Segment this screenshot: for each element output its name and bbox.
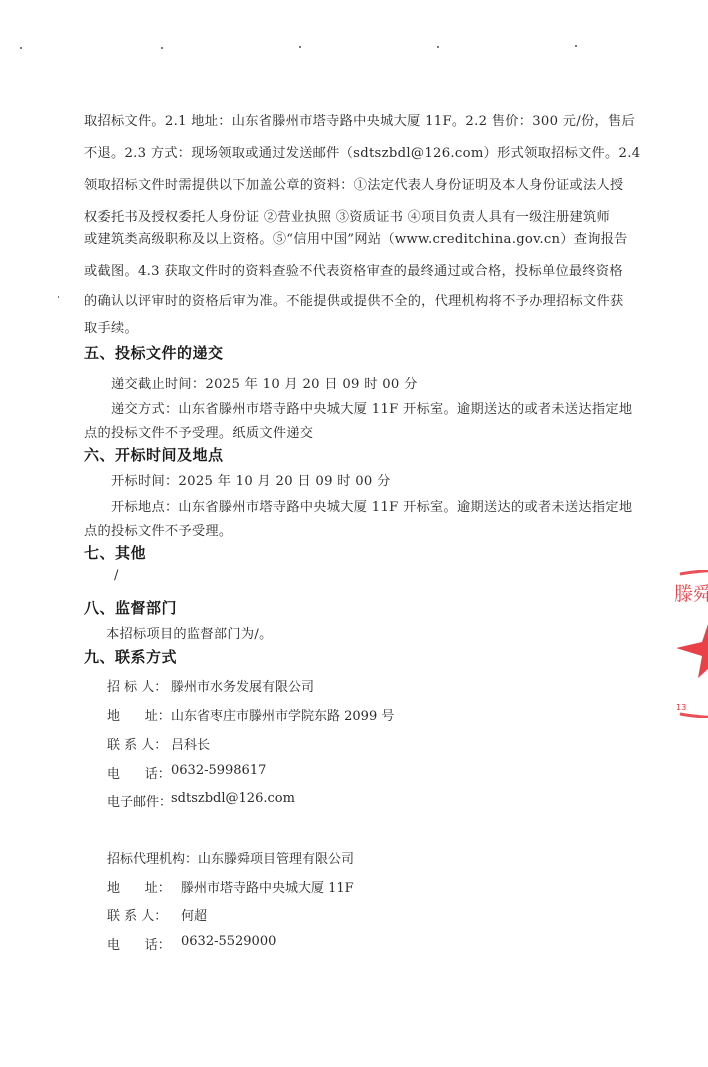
contact-label: 招 标 人： bbox=[107, 676, 171, 695]
contact-value: 滕州市水务发展有限公司 bbox=[171, 676, 314, 695]
contact-row-agency-contact: 联 系 人： 何超 bbox=[107, 905, 207, 924]
paragraph-line: 领取招标文件时需提供以下加盖公章的资料：①法定代表人身份证明及本人身份证或法人授 bbox=[84, 174, 624, 193]
submission-method-line: 递交方式：山东省滕州市塔寺路中央城大厦 11F 开标室。逾期送达的或者未送达指定… bbox=[111, 398, 632, 417]
contact-row-phone: 电 话： 0632-5998617 bbox=[107, 763, 266, 782]
contact-row-address: 地 址： 山东省枣庄市滕州市学院东路 2099 号 bbox=[107, 705, 394, 724]
paragraph-line: 不退。2.3 方式：现场领取或通过发送邮件（sdtszbdl@126.com）形… bbox=[84, 142, 640, 161]
contact-value: 滕州市塔寺路中央城大厦 11F bbox=[181, 877, 354, 896]
contact-value: 山东滕舜项目管理有限公司 bbox=[198, 848, 354, 867]
section-heading-supervision: 八、监督部门 bbox=[84, 597, 177, 618]
submission-deadline: 递交截止时间：2025 年 10 月 20 日 09 时 00 分 bbox=[111, 373, 418, 392]
contact-label: 电 话： bbox=[107, 763, 171, 782]
contact-value: 0632-5998617 bbox=[171, 763, 266, 782]
paragraph-line: 或建筑类高级职称及以上资格。⑤“信用中国”网站（www.creditchina.… bbox=[84, 228, 628, 247]
contact-value: 0632-5529000 bbox=[181, 934, 276, 953]
contact-row-agency-phone: 电 话： 0632-5529000 bbox=[107, 934, 276, 953]
contact-row-contact-person: 联 系 人： 吕科长 bbox=[107, 734, 210, 753]
submission-method-line: 点的投标文件不予受理。纸质文件递交 bbox=[84, 422, 313, 441]
document-page: 取招标文件。2.1 地址：山东省滕州市塔寺路中央城大厦 11F。2.2 售价：3… bbox=[0, 0, 708, 1067]
contact-label: 联 系 人： bbox=[107, 734, 171, 753]
seal-number: 13 bbox=[676, 703, 686, 712]
section-heading-contact: 九、联系方式 bbox=[84, 646, 177, 667]
contact-label: 地 址： bbox=[107, 705, 171, 724]
contact-label: 电子邮件： bbox=[107, 791, 171, 810]
contact-label: 地 址： bbox=[107, 877, 181, 896]
paragraph-line: 或截图。4.3 获取文件时的资料查验不代表资格审查的最终通过或合格，投标单位最终… bbox=[84, 260, 623, 279]
section-heading-submission: 五、投标文件的递交 bbox=[84, 342, 224, 363]
other-content: / bbox=[114, 568, 119, 583]
contact-value: 山东省枣庄市滕州市学院东路 2099 号 bbox=[171, 705, 394, 724]
opening-time: 开标时间：2025 年 10 月 20 日 09 时 00 分 bbox=[111, 470, 391, 489]
scan-dot bbox=[575, 45, 577, 47]
section-heading-opening: 六、开标时间及地点 bbox=[84, 444, 224, 465]
section-heading-other: 七、其他 bbox=[84, 542, 146, 563]
contact-row-agency: 招标代理机构： 山东滕舜项目管理有限公司 bbox=[107, 848, 354, 867]
seal-text: 滕舜 bbox=[674, 583, 708, 605]
contact-label: 联 系 人： bbox=[107, 905, 181, 924]
official-seal: 滕舜 13 bbox=[672, 570, 708, 718]
contact-row-tenderer: 招 标 人： 滕州市水务发展有限公司 bbox=[107, 676, 314, 695]
scan-dot bbox=[299, 46, 301, 48]
contact-label: 电 话： bbox=[107, 934, 181, 953]
opening-place-line: 点的投标文件不予受理。 bbox=[84, 520, 232, 539]
contact-row-email: 电子邮件： sdtszbdl@126.com bbox=[107, 791, 295, 810]
opening-place-line: 开标地点：山东省滕州市塔寺路中央城大厦 11F 开标室。逾期送达的或者未送达指定… bbox=[111, 496, 632, 515]
supervision-content: 本招标项目的监督部门为/。 bbox=[106, 623, 273, 642]
paragraph-line: 权委托书及授权委托人身份证 ②营业执照 ③资质证书 ④项目负责人具有一级注册建筑… bbox=[84, 206, 610, 225]
paragraph-line: 的确认以评审时的资格后审为准。不能提供或提供不全的，代理机构将不予办理招标文件获 bbox=[84, 290, 624, 309]
contact-value: 何超 bbox=[181, 905, 207, 924]
paragraph-line: 取招标文件。2.1 地址：山东省滕州市塔寺路中央城大厦 11F。2.2 售价：3… bbox=[84, 110, 635, 129]
paragraph-line: 取手续。 bbox=[84, 317, 138, 336]
contact-label: 招标代理机构： bbox=[107, 848, 198, 867]
contact-value: sdtszbdl@126.com bbox=[171, 791, 295, 810]
scan-dot bbox=[437, 46, 439, 48]
scan-dot bbox=[20, 47, 22, 49]
scan-dot bbox=[58, 296, 59, 298]
contact-row-agency-address: 地 址： 滕州市塔寺路中央城大厦 11F bbox=[107, 877, 354, 896]
contact-value: 吕科长 bbox=[171, 734, 210, 753]
scan-dot bbox=[161, 47, 163, 49]
seal-star-icon: 滕舜 13 bbox=[672, 570, 708, 718]
